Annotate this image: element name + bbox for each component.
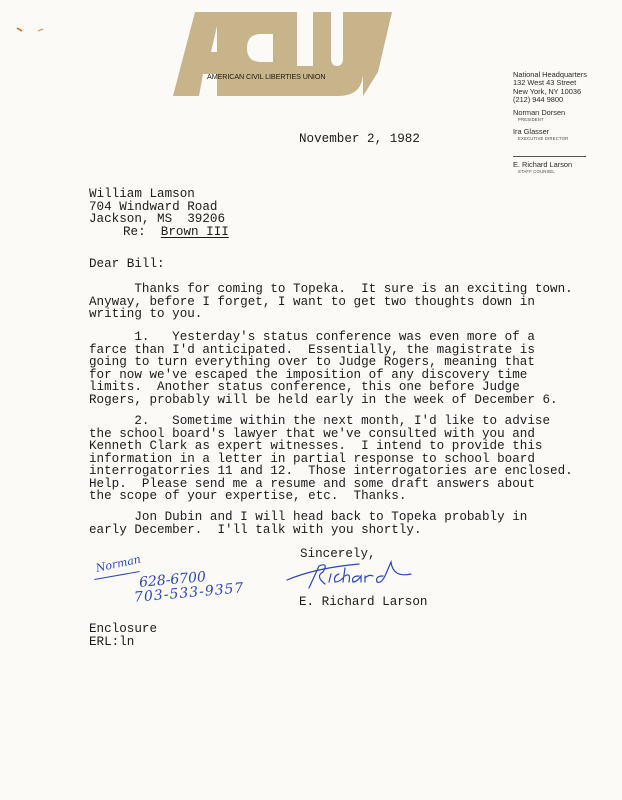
letter-page: AMERICAN CIVIL LIBERTIES UNION National …: [0, 0, 622, 800]
subject-label: Re:: [123, 225, 161, 239]
salutation: Dear Bill:: [89, 258, 165, 271]
organization-name: AMERICAN CIVIL LIBERTIES UNION: [207, 72, 325, 81]
body-paragraph-3: 2. Sometime within the next month, I'd l…: [89, 415, 573, 503]
subject-line: Re: Brown III: [123, 226, 229, 239]
recipient-name: William Lamson: [89, 188, 225, 201]
president-name: Norman Dorsen: [513, 108, 621, 117]
staff-counsel-title: STAFF COUNSEL: [513, 169, 572, 175]
body-paragraph-2: 1. Yesterday's status conference was eve…: [89, 331, 558, 406]
signer-name: E. Richard Larson: [299, 596, 427, 609]
body-paragraph-1: Thanks for coming to Topeka. It sure is …: [89, 283, 573, 321]
office-phone: (212) 944 9800: [513, 96, 621, 104]
staff-counsel-block: E. Richard Larson STAFF COUNSEL: [513, 160, 572, 175]
body-paragraph-4: Jon Dubin and I will head back to Topeka…: [89, 511, 527, 536]
stray-ink-mark: [16, 26, 46, 34]
staff-counsel-name: E. Richard Larson: [513, 160, 572, 169]
recipient-address: William Lamson704 Windward RoadJackson, …: [89, 188, 225, 226]
aclu-logo: AMERICAN CIVIL LIBERTIES UNION: [173, 12, 392, 96]
recipient-city: Jackson, MS 39206: [89, 213, 225, 226]
typist-initials: ERL:ln: [89, 636, 157, 649]
letterhead-address-block: National Headquarters 132 West 43 Street…: [513, 71, 621, 142]
handwritten-signature: [285, 558, 415, 592]
executive-director-title: EXECUTIVE DIRECTOR: [513, 136, 621, 142]
enclosure-note: Enclosure: [89, 623, 157, 636]
aclu-logo-mark: [173, 12, 392, 96]
enclosure-block: EnclosureERL:ln: [89, 623, 157, 648]
subject-case: Brown III: [161, 225, 229, 239]
executive-director-name: Ira Glasser: [513, 127, 621, 136]
letter-date: November 2, 1982: [299, 133, 420, 146]
letterhead-divider: [513, 156, 586, 157]
